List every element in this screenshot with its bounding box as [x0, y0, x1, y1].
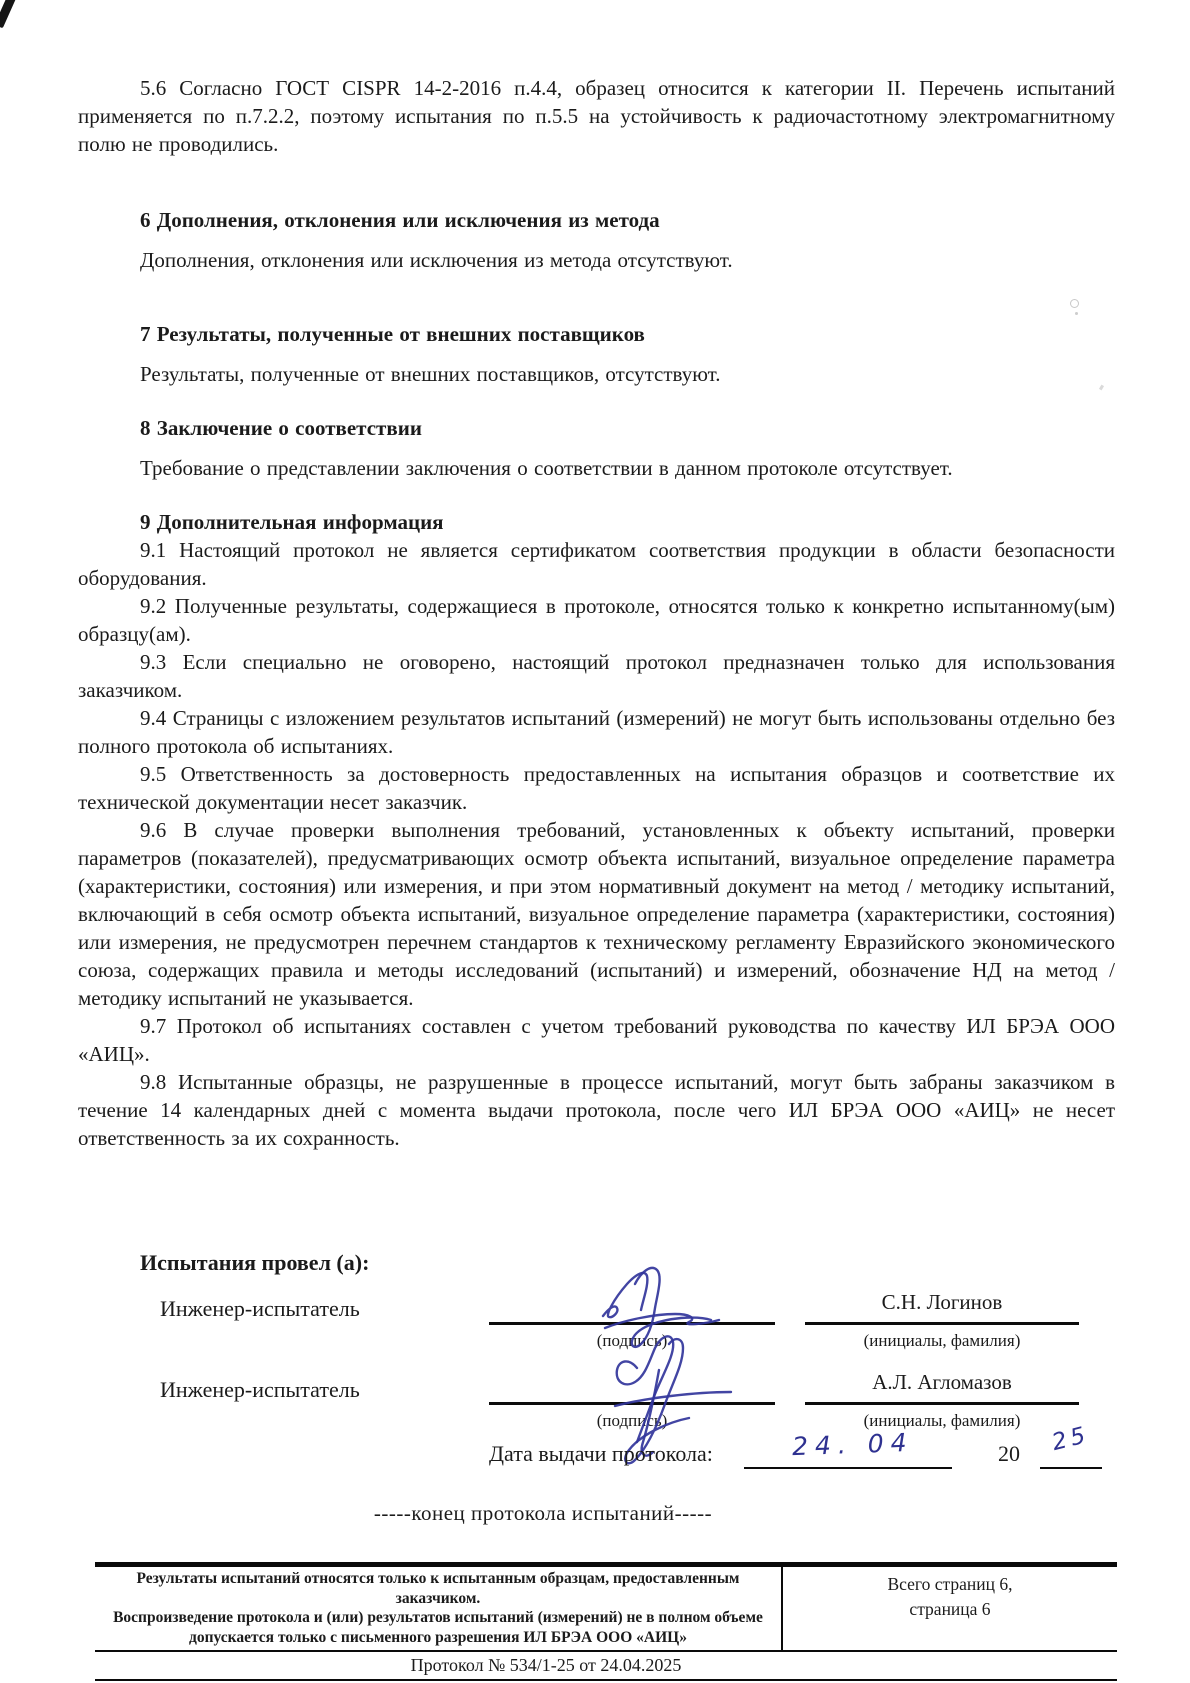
footer-disclaimer-line2: Воспроизведение протокола и (или) резуль…	[103, 1608, 773, 1628]
clause-9-4: 9.4 Страницы с изложением результатов ис…	[78, 704, 1115, 760]
name-caption-2: (инициалы, фамилия)	[805, 1411, 1079, 1431]
section-7-heading: 7 Результаты, полученные от внешних пост…	[78, 320, 1115, 348]
clause-9-1: 9.1 Настоящий протокол не является серти…	[78, 536, 1115, 592]
name-line-1	[805, 1322, 1079, 1325]
protocol-page: 5.6 Согласно ГОСТ CISPR 14-2-2016 п.4.4,…	[0, 0, 1190, 1683]
end-of-protocol-line: -----конец протокола испытаний-----	[78, 1501, 1008, 1526]
clause-9-8: 9.8 Испытанные образцы, не разрушенные в…	[78, 1068, 1115, 1152]
signoff-heading: Испытания провел (а):	[140, 1250, 369, 1276]
name-caption-1: (инициалы, фамилия)	[805, 1331, 1079, 1351]
signoff-row1-name: С.Н. Логинов	[805, 1290, 1079, 1315]
signoff-row2-name: А.Л. Агломазов	[805, 1370, 1079, 1395]
clause-9-3: 9.3 Если специально не оговорено, настоя…	[78, 648, 1115, 704]
footer-disclaimer: Результаты испытаний относятся только к …	[95, 1567, 783, 1650]
section-6-heading: 6 Дополнения, отклонения или исключения …	[78, 206, 1115, 234]
section-7-body: Результаты, полученные от внешних постав…	[78, 360, 1115, 388]
name-line-2	[805, 1402, 1079, 1405]
footer-page-current: страница 6	[783, 1597, 1117, 1622]
footer-row-disclaimer: Результаты испытаний относятся только к …	[95, 1567, 1117, 1652]
footer-disclaimer-line3: допускается только с письменного разреше…	[103, 1628, 773, 1648]
section-8-body: Требование о представлении заключения о …	[78, 454, 1115, 482]
clause-9-7: 9.7 Протокол об испытаниях составлен с у…	[78, 1012, 1115, 1068]
section-6-body: Дополнения, отклонения или исключения из…	[78, 246, 1115, 274]
footer-pages-total: Всего страниц 6,	[783, 1572, 1117, 1597]
handwritten-date: 24. 04	[792, 1428, 914, 1461]
footer-page-info: Всего страниц 6, страница 6	[783, 1567, 1117, 1650]
paragraph-5-6: 5.6 Согласно ГОСТ CISPR 14-2-2016 п.4.4,…	[78, 74, 1115, 158]
scan-corner-artifact	[0, 0, 17, 28]
clause-9-2: 9.2 Полученные результаты, содержащиеся …	[78, 592, 1115, 648]
year-underline	[1040, 1467, 1102, 1469]
clause-9-5: 9.5 Ответственность за достоверность пре…	[78, 760, 1115, 816]
signoff-row2-role: Инженер-испытатель	[160, 1377, 360, 1403]
year-prefix: 20	[998, 1441, 1020, 1467]
section-8-heading: 8 Заключение о соответствии	[78, 414, 1115, 442]
clause-9-6: 9.6 В случае проверки выполнения требова…	[78, 816, 1115, 1012]
signoff-row1-role: Инженер-испытатель	[160, 1296, 360, 1322]
section-9-heading: 9 Дополнительная информация	[78, 508, 1115, 536]
footer-table: Результаты испытаний относятся только к …	[95, 1562, 1117, 1681]
footer-protocol-number: Протокол № 534/1-25 от 24.04.2025	[95, 1652, 1117, 1679]
protocol-date-label: Дата выдачи протокола:	[489, 1441, 713, 1467]
document-body: 5.6 Согласно ГОСТ CISPR 14-2-2016 п.4.4,…	[78, 74, 1115, 1152]
date-underline	[744, 1467, 952, 1469]
footer-disclaimer-line1: Результаты испытаний относятся только к …	[103, 1569, 773, 1608]
